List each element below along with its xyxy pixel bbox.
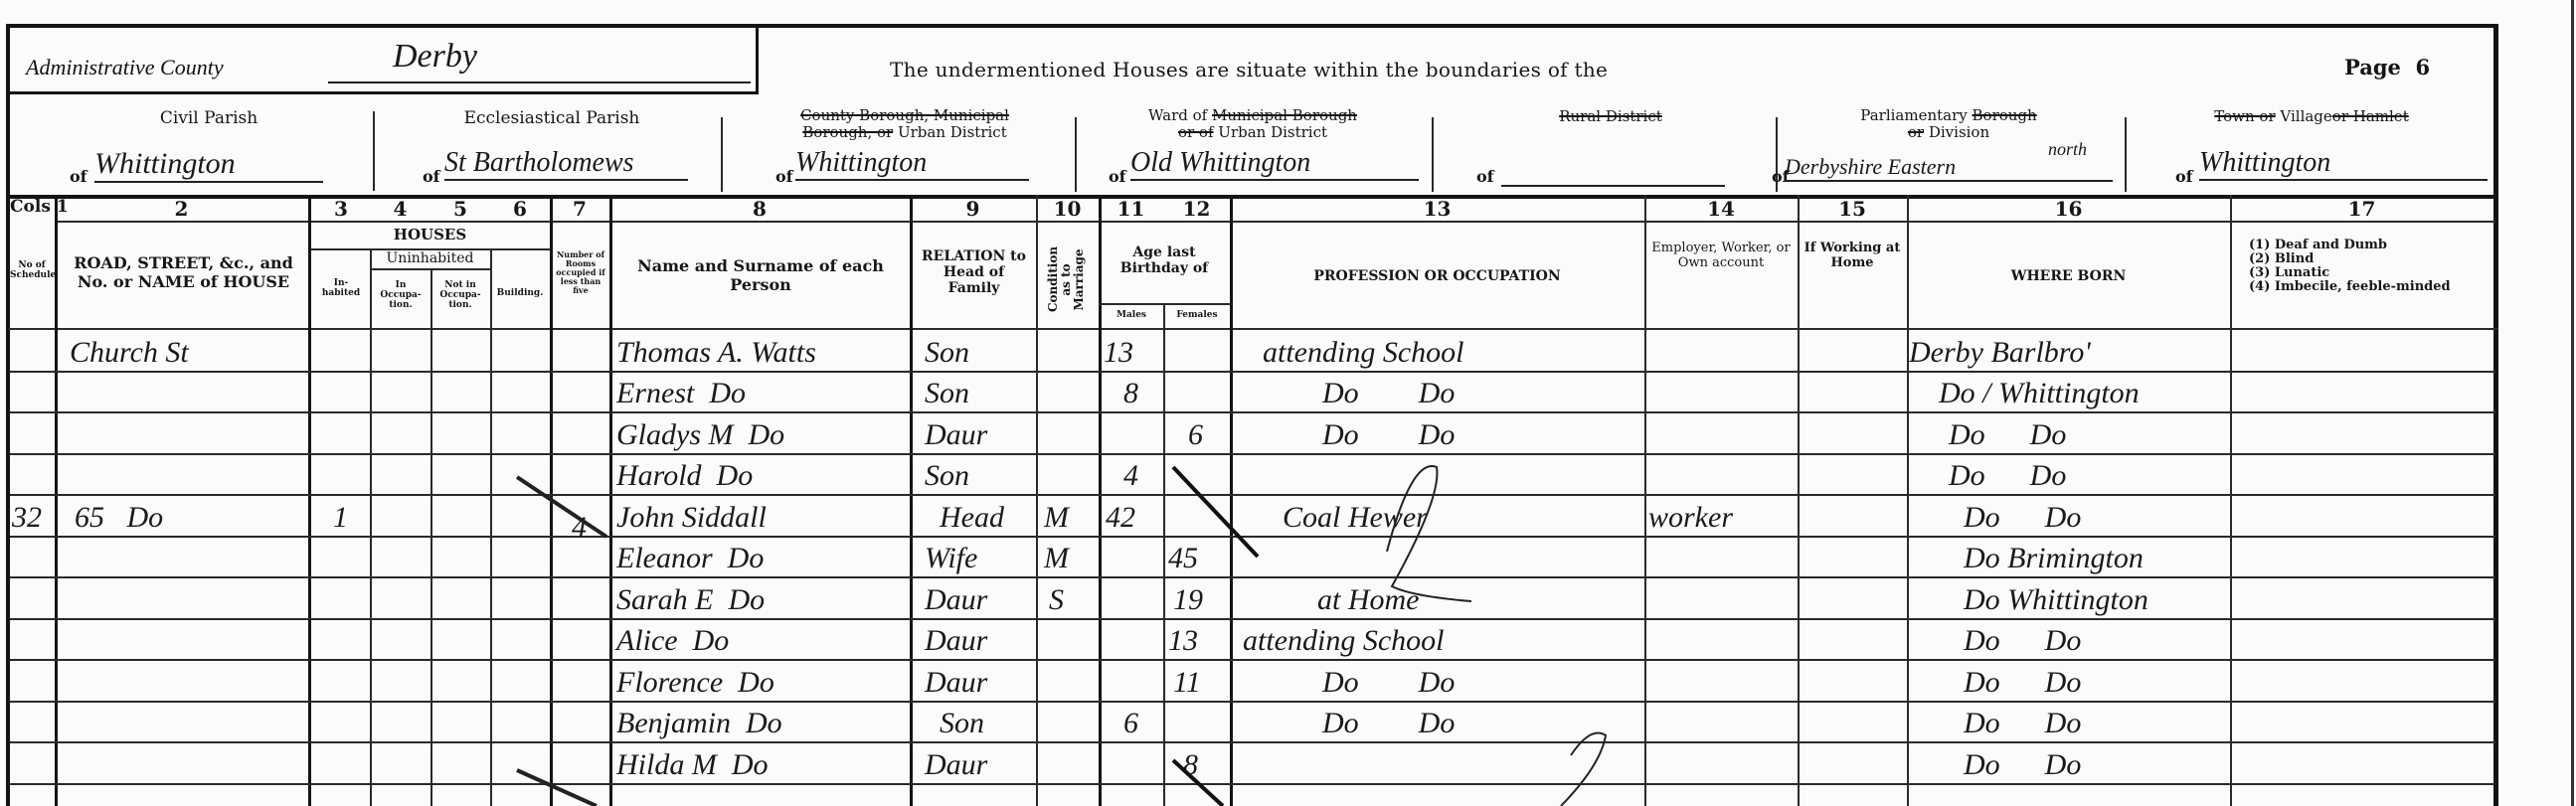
pen-strokes [0, 0, 2576, 806]
